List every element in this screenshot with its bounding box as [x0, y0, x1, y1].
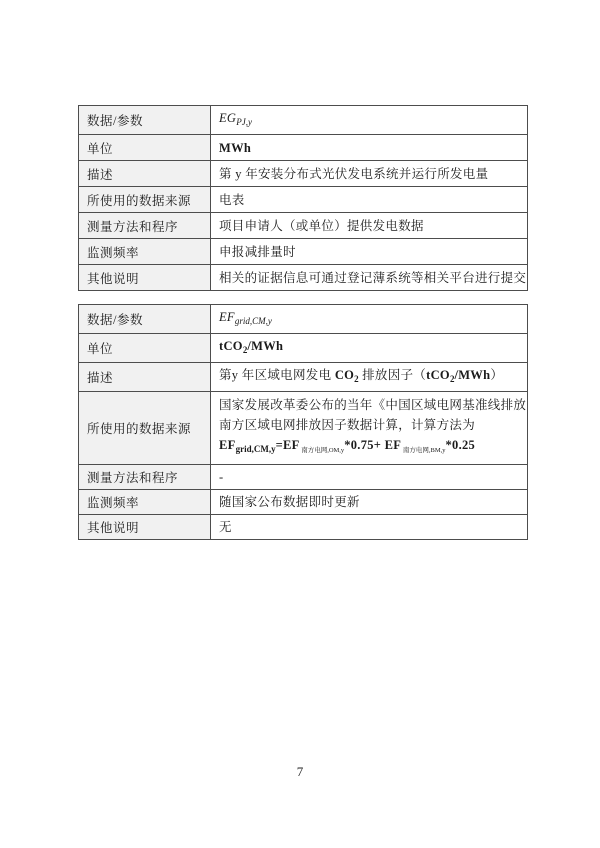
- row-label: 其他说明: [79, 515, 211, 540]
- value-line: EFgrid,CM,y=EF 南方电网,OM,y*0.75+ EF 南方电网,B…: [219, 435, 521, 461]
- value-line: 国家发展改革委公布的当年《中国区域电网基准线排放因子》: [219, 395, 521, 415]
- row-value: -: [211, 465, 528, 490]
- value-line: 第y 年区域电网发电 CO2 排放因子（tCO2/MWh）: [219, 365, 521, 389]
- row-value: 随国家公布数据即时更新: [211, 490, 528, 515]
- value-line: 随国家公布数据即时更新: [219, 492, 521, 512]
- row-label: 描述: [79, 363, 211, 392]
- value-line: 相关的证据信息可通过登记薄系统等相关平台进行提交: [219, 268, 521, 288]
- table-row: 其他说明无: [79, 515, 528, 540]
- row-value: 相关的证据信息可通过登记薄系统等相关平台进行提交: [211, 265, 528, 291]
- row-label: 监测频率: [79, 490, 211, 515]
- row-label: 数据/参数: [79, 305, 211, 334]
- row-value: 第 y 年安装分布式光伏发电系统并运行所发电量: [211, 161, 528, 187]
- value-line: -: [219, 467, 521, 487]
- row-label: 测量方法和程序: [79, 213, 211, 239]
- document-page: 数据/参数EGPJ,y单位MWh描述第 y 年安装分布式光伏发电系统并运行所发电…: [0, 0, 600, 848]
- value-line: MWh: [219, 138, 521, 158]
- row-label: 数据/参数: [79, 106, 211, 135]
- table-row: 数据/参数EFgrid,CM,y: [79, 305, 528, 334]
- row-value: EGPJ,y: [211, 106, 528, 135]
- value-line: 南方区域电网排放因子数据计算，计算方法为: [219, 415, 521, 435]
- table-row: 描述第 y 年安装分布式光伏发电系统并运行所发电量: [79, 161, 528, 187]
- table-row: 监测频率随国家公布数据即时更新: [79, 490, 528, 515]
- value-line: EFgrid,CM,y: [219, 307, 521, 331]
- table-row: 所使用的数据来源国家发展改革委公布的当年《中国区域电网基准线排放因子》南方区域电…: [79, 392, 528, 465]
- row-label: 所使用的数据来源: [79, 187, 211, 213]
- row-value: 第y 年区域电网发电 CO2 排放因子（tCO2/MWh）: [211, 363, 528, 392]
- row-label: 单位: [79, 334, 211, 363]
- table-row: 测量方法和程序项目申请人（或单位）提供发电数据: [79, 213, 528, 239]
- value-line: 电表: [219, 190, 521, 210]
- parameter-table-ef: 数据/参数EFgrid,CM,y单位tCO2/MWh描述第y 年区域电网发电 C…: [78, 304, 528, 540]
- table-row: 测量方法和程序-: [79, 465, 528, 490]
- value-line: 申报减排量时: [219, 242, 521, 262]
- value-line: tCO2/MWh: [219, 336, 521, 360]
- table-row: 所使用的数据来源电表: [79, 187, 528, 213]
- row-value: 无: [211, 515, 528, 540]
- row-value: 国家发展改革委公布的当年《中国区域电网基准线排放因子》南方区域电网排放因子数据计…: [211, 392, 528, 465]
- row-label: 单位: [79, 135, 211, 161]
- row-value: tCO2/MWh: [211, 334, 528, 363]
- row-label: 所使用的数据来源: [79, 392, 211, 465]
- table-row: 数据/参数EGPJ,y: [79, 106, 528, 135]
- row-label: 描述: [79, 161, 211, 187]
- row-label: 监测频率: [79, 239, 211, 265]
- page-number: 7: [0, 764, 600, 780]
- row-value: MWh: [211, 135, 528, 161]
- value-line: 无: [219, 517, 521, 537]
- row-value: 电表: [211, 187, 528, 213]
- parameter-table-eg: 数据/参数EGPJ,y单位MWh描述第 y 年安装分布式光伏发电系统并运行所发电…: [78, 105, 528, 291]
- table-row: 监测频率申报减排量时: [79, 239, 528, 265]
- table-row: 单位tCO2/MWh: [79, 334, 528, 363]
- table-row: 单位MWh: [79, 135, 528, 161]
- row-value: EFgrid,CM,y: [211, 305, 528, 334]
- row-value: 项目申请人（或单位）提供发电数据: [211, 213, 528, 239]
- row-value: 申报减排量时: [211, 239, 528, 265]
- value-line: 第 y 年安装分布式光伏发电系统并运行所发电量: [219, 164, 521, 184]
- row-label: 测量方法和程序: [79, 465, 211, 490]
- value-line: 项目申请人（或单位）提供发电数据: [219, 216, 521, 236]
- table-row: 描述第y 年区域电网发电 CO2 排放因子（tCO2/MWh）: [79, 363, 528, 392]
- row-label: 其他说明: [79, 265, 211, 291]
- value-line: EGPJ,y: [219, 108, 521, 132]
- table-row: 其他说明相关的证据信息可通过登记薄系统等相关平台进行提交: [79, 265, 528, 291]
